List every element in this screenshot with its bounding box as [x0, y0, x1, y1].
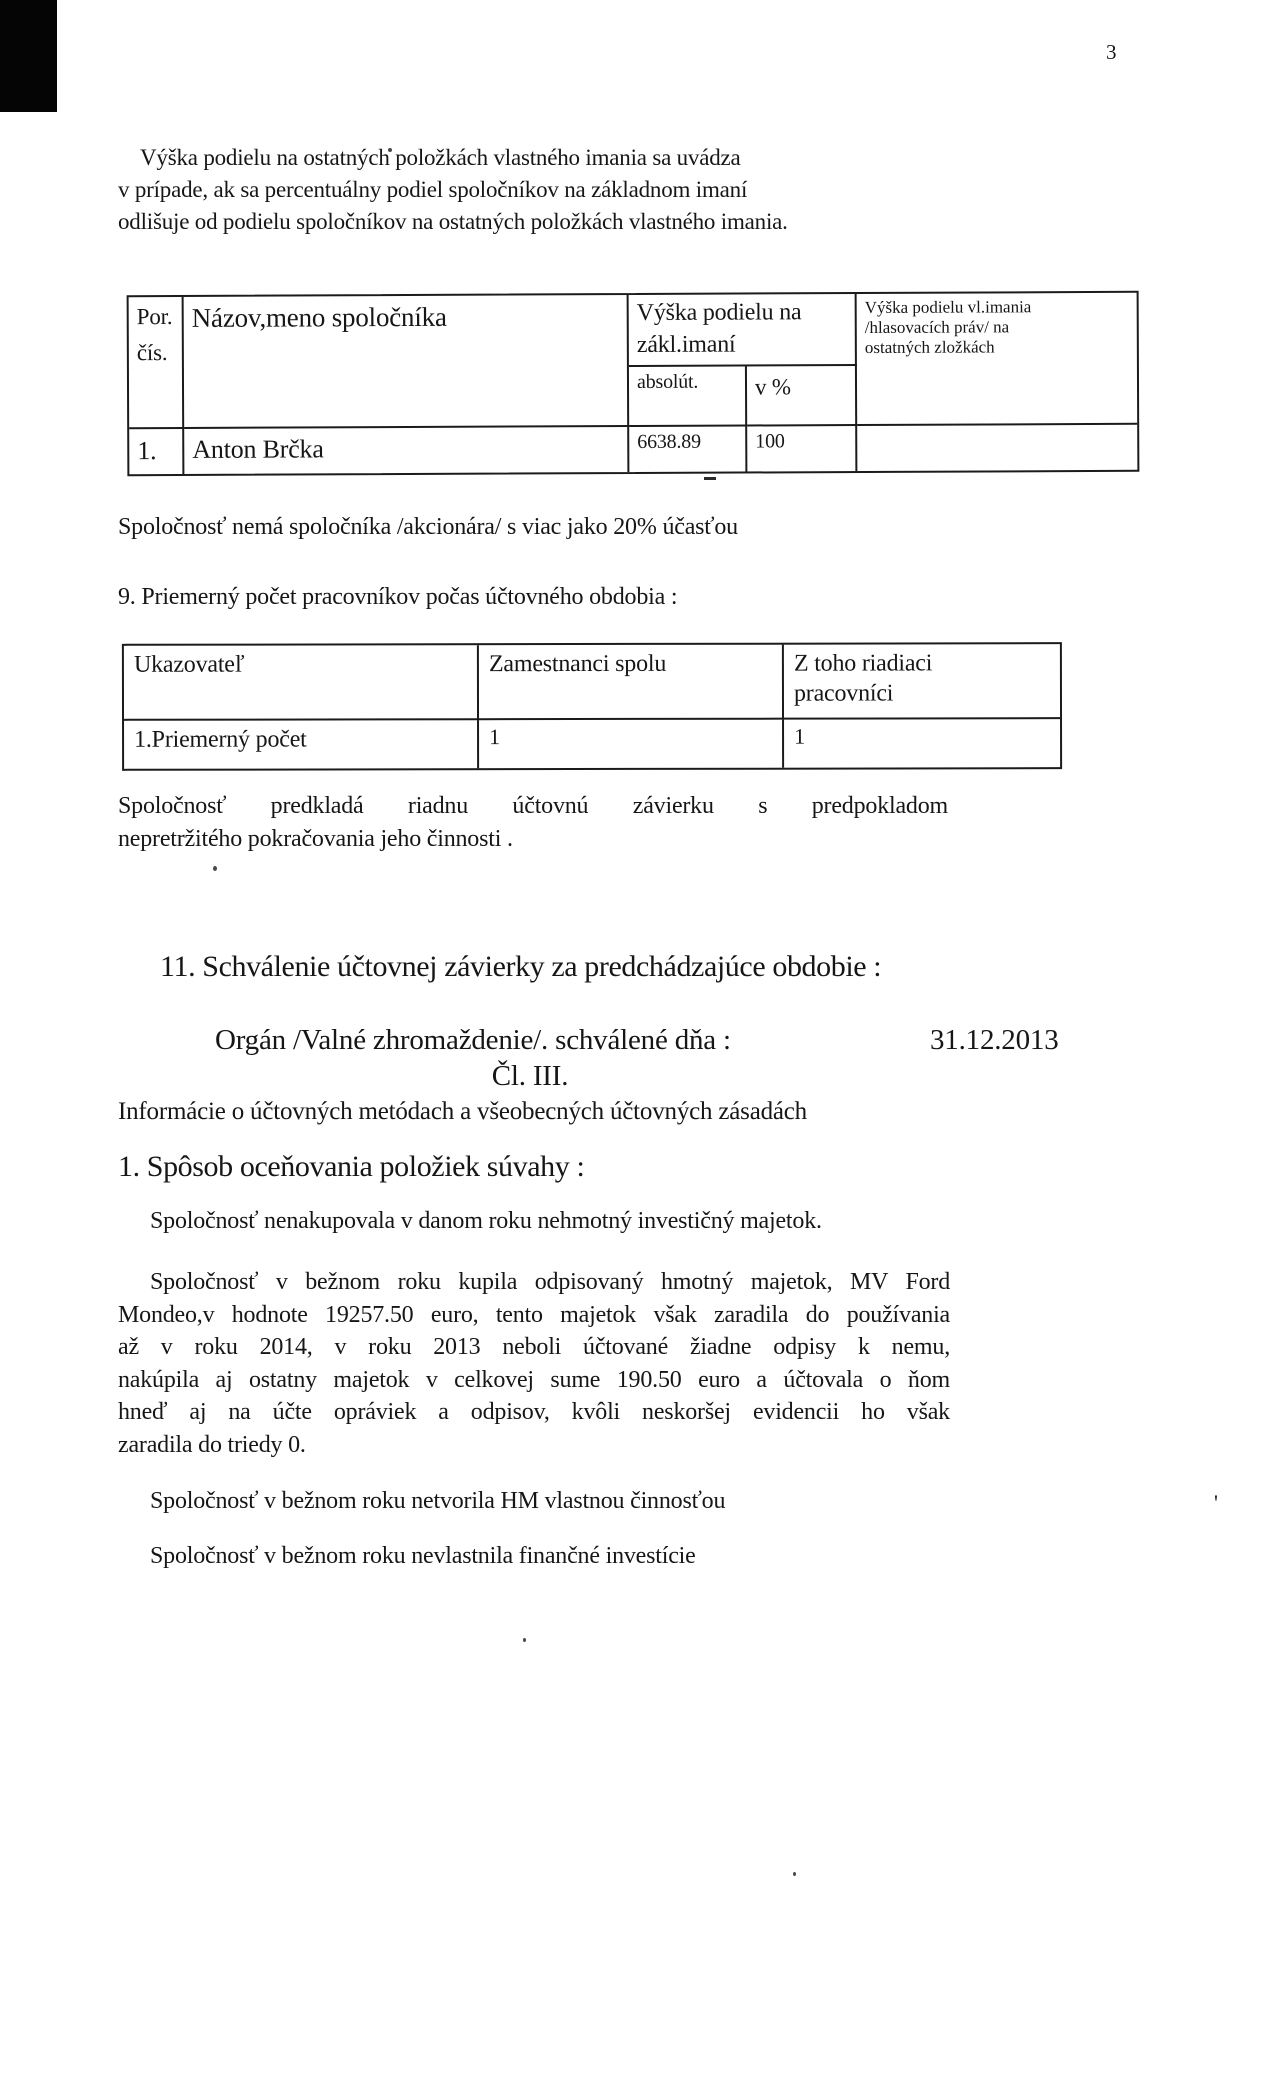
scanned-document-page: 3 Výška podielu na ostatných položkách v… [0, 0, 1275, 2100]
table-row-order-number: 1. [129, 429, 184, 474]
header-line: čís. [137, 335, 174, 371]
col-header-employees-total: Zamestnanci spolu [479, 645, 784, 721]
subcol-header-absolute: absolút. [629, 367, 747, 428]
col-header-managers: Z toho riadiaci pracovníci [784, 644, 1060, 719]
article-subtitle: Informácie o účtovných metódach a všeobe… [118, 1098, 807, 1126]
continuity-paragraph: Spoločnosť predkladá riadnu účtovnú závi… [118, 790, 948, 856]
paragraph-line: zaradila do triedy 0. [118, 1429, 950, 1462]
table-row-indicator: 1.Priemerný počet [124, 720, 479, 769]
header-line: zákl.imaní [637, 328, 847, 361]
section-9-title: 9. Priemerný počet pracovníkov počas účt… [118, 584, 677, 611]
col-header-indicator: Ukazovateľ [124, 645, 479, 721]
intro-line: v prípade, ak sa percentuálny podiel spo… [118, 174, 858, 206]
table-row-employees-total: 1 [479, 720, 784, 769]
scan-quote-artifact: ' [1214, 1490, 1218, 1516]
table-row-managers: 1 [784, 719, 1060, 767]
header-line: Por. [137, 299, 174, 335]
paragraph-line: Spoločnosť predkladá riadnu účtovnú závi… [118, 790, 948, 823]
col-header-share-capital: Výška podielu na zákl.imaní [629, 294, 857, 367]
paragraph-vehicle-purchase: Spoločnosť v bežnom roku kupila odpisova… [118, 1266, 950, 1461]
header-line: Výška podielu vl.imania [865, 297, 1129, 318]
scan-speck [523, 1638, 526, 1642]
intro-line: odlišuje od podielu spoločníkov na ostat… [118, 206, 858, 238]
paragraph-line: Mondeo,v hodnote 19257.50 euro, tento ma… [118, 1299, 950, 1332]
shareholders-table: Por. čís. Názov,meno spoločníka Výška po… [127, 291, 1140, 476]
table-row-absolute-value: 6638.89 [629, 427, 747, 473]
subcol-header-percent: v % [747, 366, 857, 426]
paragraph-line: hneď aj na účte opráviek a odpisov, kvôl… [118, 1396, 950, 1429]
header-line: Výška podielu na [637, 296, 847, 329]
col-header-other-equity: Výška podielu vl.imania /hlasovacích prá… [857, 293, 1138, 426]
paragraph-hm-own-activity: Spoločnosť v bežnom roku netvorila HM vl… [150, 1488, 725, 1515]
paragraph-line: nepretržitého pokračovania jeho činnosti… [118, 823, 948, 856]
intro-paragraph: Výška podielu na ostatných položkách vla… [118, 142, 858, 238]
header-line: ostatných zložkách [865, 337, 1129, 358]
col-header-order-number: Por. čís. [129, 297, 185, 429]
table-row-other-value [857, 425, 1137, 471]
header-line: Z toho riadiaci [794, 648, 1050, 678]
section-11-title: 11. Schválenie účtovnej závierky za pred… [160, 950, 881, 984]
paragraph-intangible-assets: Spoločnosť nenakupovala v danom roku neh… [150, 1208, 822, 1235]
page-number: 3 [1106, 40, 1116, 65]
scan-speck [793, 1872, 796, 1876]
header-line: /hlasovacích práv/ na [865, 317, 1129, 338]
approval-date: 31.12.2013 [930, 1024, 1059, 1057]
scan-speck [388, 148, 392, 152]
table-row-percent-value: 100 [747, 426, 857, 471]
paragraph-financial-investments: Spoločnosť v bežnom roku nevlastnila fin… [150, 1543, 696, 1570]
paragraph-line: Spoločnosť v bežnom roku kupila odpisova… [118, 1266, 950, 1299]
paragraph-line: až v roku 2014, v roku 2013 neboli účtov… [118, 1331, 950, 1364]
header-line: pracovníci [794, 678, 1050, 708]
paragraph-line: nakúpila aj ostatny majetok v celkovej s… [118, 1364, 950, 1397]
col-header-shareholder-name: Názov,meno spoločníka [184, 295, 630, 429]
section-1-title: 1. Spôsob oceňovania položiek súvahy : [118, 1150, 584, 1184]
scan-dash-artifact [704, 477, 716, 480]
employees-table: Ukazovateľ Zamestnanci spolu Z toho riad… [122, 642, 1062, 771]
scan-edge-artifact [0, 0, 57, 112]
intro-line: Výška podielu na ostatných položkách vla… [118, 142, 858, 174]
approval-organ-text: Orgán /Valné zhromaždenie/. schválené dň… [215, 1024, 731, 1057]
note-no-20pct-shareholder: Spoločnosť nemá spoločníka /akcionára/ s… [118, 514, 738, 541]
scan-speck [213, 866, 217, 871]
table-row-shareholder-name: Anton Brčka [184, 427, 629, 474]
article-heading: Čl. III. [180, 1060, 880, 1093]
